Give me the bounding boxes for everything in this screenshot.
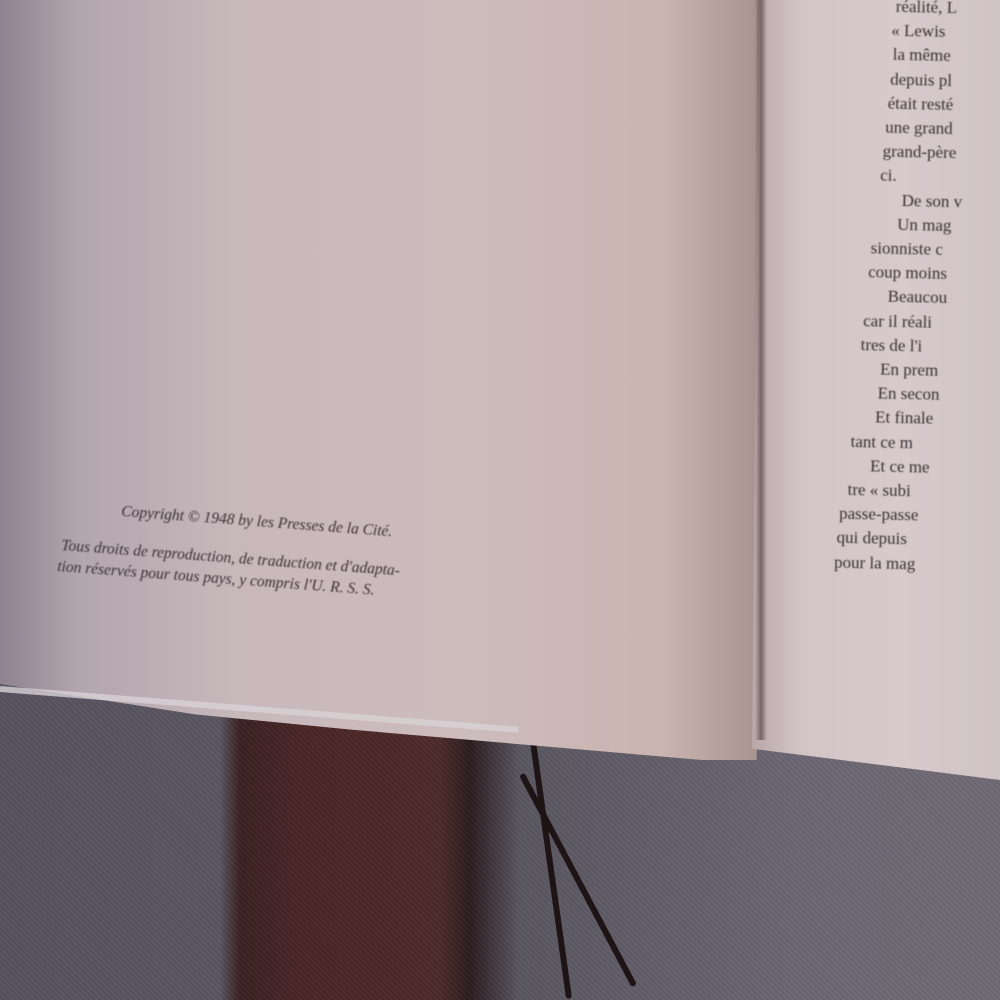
text-line: tres de l'i [850,333,1000,361]
book-gutter [755,0,767,740]
left-book-page [0,0,780,760]
text-line: coup moins [852,260,1000,288]
right-page-body-text: réalité, L « Lewis la même depuis pl éta… [846,0,1000,579]
text-line: pour la mag [834,550,1000,579]
